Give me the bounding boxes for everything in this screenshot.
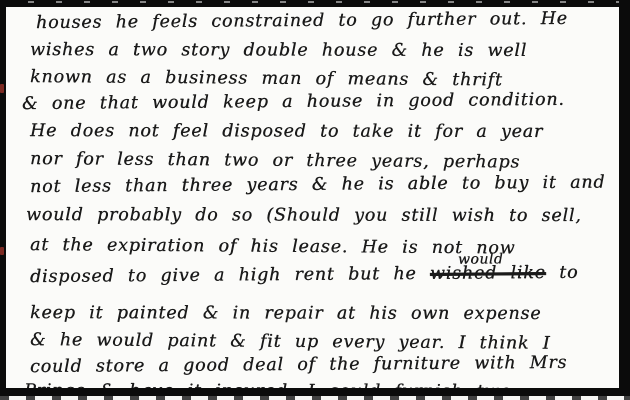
handwritten-line: wishes a two story double house & he is …	[30, 38, 613, 63]
letter-paper: houses he feels constrained to go furthe…	[6, 7, 619, 389]
scan-border-top	[0, 0, 630, 7]
handwritten-line: & one that would keep a house in good co…	[22, 87, 613, 116]
scan-border-left	[0, 0, 6, 400]
scan-border-right	[619, 0, 630, 400]
line-segment: to	[546, 263, 579, 283]
handwritten-line: houses he feels constrained to go furthe…	[36, 7, 613, 35]
handwritten-line: could store a good deal of the furniture…	[30, 350, 613, 379]
scan-border-bottom	[0, 388, 630, 396]
handwritten-line: keep it painted & in repair at his own e…	[30, 301, 613, 326]
red-edge-mark	[0, 247, 4, 255]
handwritten-line: not less than three years & he is able t…	[30, 170, 613, 199]
inserted-word-above-line: would	[458, 247, 504, 271]
handwritten-line: He does not feel disposed to take it for…	[30, 119, 613, 144]
handwritten-line: would probably do so (Should you still w…	[26, 203, 613, 228]
scan-noise-strip	[0, 396, 630, 400]
line-segment: disposed to give a high rent but he	[30, 264, 430, 287]
handwritten-line-with-correction: disposed to give a high rent but he wish…	[30, 260, 613, 289]
handwritten-line: at the expiration of his lease. He is no…	[30, 233, 613, 261]
red-edge-mark	[0, 84, 4, 93]
scanned-letter-page: houses he feels constrained to go furthe…	[0, 0, 630, 400]
